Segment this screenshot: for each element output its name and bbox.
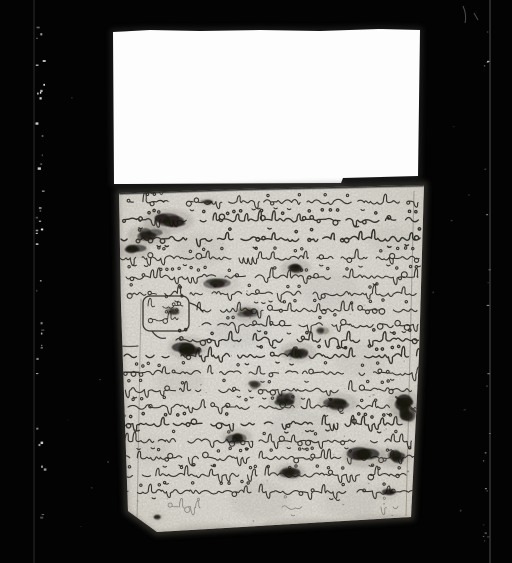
paper-fleck bbox=[261, 489, 263, 490]
film-speck bbox=[36, 373, 38, 374]
film-speck bbox=[487, 373, 489, 374]
paper-fleck bbox=[368, 483, 370, 484]
ink-blotch-part bbox=[392, 456, 404, 463]
film-speck bbox=[36, 230, 39, 232]
pen-mark bbox=[121, 346, 138, 347]
microfilm-scan-frame bbox=[0, 0, 512, 563]
paper-fleck bbox=[302, 432, 303, 433]
ink-blotch bbox=[166, 307, 179, 315]
ink-blotch-part bbox=[170, 307, 179, 314]
paper-fleck bbox=[381, 310, 382, 311]
paper-fleck bbox=[260, 217, 262, 218]
film-speck bbox=[71, 97, 73, 99]
paper-fleck bbox=[369, 396, 371, 397]
paper-fleck bbox=[162, 233, 163, 234]
film-speck bbox=[41, 322, 43, 324]
paper-fleck bbox=[383, 503, 385, 505]
paper-fleck bbox=[393, 201, 394, 202]
paper-fleck bbox=[373, 394, 375, 396]
paper-fleck bbox=[141, 333, 143, 334]
film-speck bbox=[487, 62, 489, 63]
paper-fleck bbox=[350, 456, 352, 457]
film-speck bbox=[486, 214, 488, 215]
film-speck bbox=[39, 444, 41, 446]
paper-fleck bbox=[131, 317, 133, 318]
film-speck bbox=[91, 487, 93, 488]
film-speck bbox=[460, 510, 462, 512]
film-speck bbox=[484, 540, 485, 541]
film-speck bbox=[487, 490, 488, 491]
paper-fleck bbox=[349, 336, 351, 337]
ink-blotch-part bbox=[352, 450, 366, 460]
paper-fleck bbox=[190, 442, 192, 444]
film-speck bbox=[41, 345, 42, 346]
paper-fleck bbox=[386, 428, 387, 429]
film-speck bbox=[43, 84, 45, 86]
paper-fleck bbox=[265, 235, 266, 237]
film-speck bbox=[99, 379, 101, 380]
film-speck bbox=[41, 330, 44, 331]
ink-blotch-part bbox=[248, 381, 261, 387]
paper-fleck bbox=[384, 430, 385, 431]
paper-fleck bbox=[261, 491, 262, 492]
paper-fleck bbox=[164, 388, 166, 389]
film-speck bbox=[483, 524, 485, 525]
ink-blotch-part bbox=[284, 469, 301, 478]
film-speck bbox=[41, 442, 44, 444]
paper-fleck bbox=[317, 248, 318, 249]
paper-fleck bbox=[378, 224, 379, 226]
paper-fleck bbox=[405, 419, 406, 421]
paper-fleck bbox=[222, 243, 223, 244]
paper-fleck bbox=[261, 219, 263, 220]
paper-fleck bbox=[312, 239, 313, 240]
paper-fleck bbox=[200, 384, 202, 385]
film-speck bbox=[40, 97, 42, 99]
paper-fleck bbox=[342, 504, 344, 505]
ink-blotch-part bbox=[291, 264, 300, 269]
paper-fleck bbox=[364, 305, 366, 306]
film-speck bbox=[44, 468, 47, 470]
ink-blotch-part bbox=[154, 515, 161, 519]
paper-fleck bbox=[391, 515, 393, 516]
film-speck bbox=[41, 347, 43, 348]
film-speck bbox=[483, 460, 484, 461]
ink-blotch-part bbox=[232, 433, 243, 440]
ink-blotch-part bbox=[274, 399, 294, 407]
film-speck bbox=[67, 420, 69, 421]
ink-blotch-part bbox=[178, 343, 194, 357]
paper-fleck bbox=[233, 345, 234, 346]
ink-blotch-part bbox=[206, 278, 227, 284]
film-speck bbox=[487, 536, 489, 537]
film-speck bbox=[485, 488, 487, 489]
paper-fleck bbox=[222, 519, 223, 520]
paper-fleck bbox=[200, 395, 201, 396]
paper-fleck bbox=[167, 497, 168, 499]
film-speck bbox=[40, 210, 42, 212]
film-speck bbox=[107, 461, 108, 463]
film-speck bbox=[39, 207, 42, 208]
film-speck bbox=[36, 122, 39, 124]
film-speck bbox=[433, 292, 434, 294]
film-speck bbox=[40, 92, 41, 94]
ink-blotch-part bbox=[284, 349, 304, 358]
paper-fleck bbox=[240, 442, 242, 444]
paper-fleck bbox=[249, 317, 251, 318]
ink-blotch-part bbox=[334, 399, 347, 405]
film-speck bbox=[464, 409, 466, 411]
paper-fleck bbox=[168, 201, 169, 202]
ink-blotch-part bbox=[125, 246, 140, 252]
paper-fleck bbox=[344, 388, 346, 389]
paper-fleck bbox=[267, 480, 268, 482]
ink-blotch-part bbox=[399, 406, 409, 420]
film-speck bbox=[41, 466, 42, 468]
paper-fleck bbox=[231, 355, 232, 357]
paper-fleck bbox=[199, 326, 201, 327]
paper-fleck bbox=[404, 361, 405, 362]
paper-fleck bbox=[344, 436, 345, 437]
paper-fleck bbox=[254, 366, 255, 367]
film-speck bbox=[36, 38, 38, 39]
paper-fleck bbox=[324, 368, 325, 369]
film-speck bbox=[36, 243, 39, 245]
film-speck bbox=[486, 386, 487, 387]
film-speck bbox=[485, 169, 487, 170]
paper-mottle bbox=[322, 482, 378, 518]
ink-blotch-part bbox=[316, 327, 324, 335]
film-speck bbox=[39, 221, 41, 222]
paper-fleck bbox=[222, 305, 223, 306]
film-speck bbox=[487, 305, 490, 306]
film-speck bbox=[41, 229, 43, 231]
film-speck bbox=[40, 280, 42, 281]
paper-fleck bbox=[258, 355, 259, 356]
paper-fleck bbox=[209, 329, 210, 331]
film-speck bbox=[42, 135, 44, 136]
paper-fleck bbox=[350, 314, 352, 315]
ink-blotch-part bbox=[382, 489, 394, 495]
manuscript-page-content bbox=[99, 180, 430, 540]
film-speck bbox=[488, 269, 491, 270]
paper-fleck bbox=[407, 471, 409, 473]
film-speck bbox=[42, 154, 43, 156]
paper-fleck bbox=[199, 391, 201, 392]
film-speck bbox=[40, 163, 42, 164]
paper-fleck bbox=[246, 290, 247, 292]
paper-fleck bbox=[137, 500, 139, 501]
pen-mark bbox=[123, 372, 139, 373]
paper-fleck bbox=[290, 359, 292, 360]
film-speck bbox=[37, 93, 39, 95]
film-speck bbox=[36, 65, 39, 66]
paper-fleck bbox=[342, 384, 344, 385]
film-speck bbox=[451, 220, 453, 221]
film-speck bbox=[36, 290, 37, 292]
film-speck bbox=[40, 517, 43, 519]
ink-blotch-part bbox=[243, 309, 259, 317]
paper-fleck bbox=[141, 285, 142, 286]
film-speck bbox=[453, 126, 455, 127]
paper-fleck bbox=[292, 217, 293, 218]
paper-fleck bbox=[235, 502, 236, 503]
film-speck bbox=[38, 167, 41, 169]
film-speck bbox=[41, 333, 43, 335]
film-speck bbox=[487, 32, 488, 33]
film-speck bbox=[37, 27, 40, 29]
paper-fleck bbox=[333, 454, 334, 455]
film-speck bbox=[483, 536, 484, 537]
film-speck bbox=[36, 358, 38, 360]
paper-fleck bbox=[253, 520, 255, 522]
paper-fleck bbox=[139, 516, 141, 517]
film-speck bbox=[485, 533, 487, 534]
film-speck bbox=[488, 282, 489, 283]
paper-fleck bbox=[205, 392, 207, 393]
film-speck bbox=[36, 428, 38, 430]
paper-fleck bbox=[227, 489, 228, 490]
paper-fleck bbox=[397, 202, 399, 203]
blank-card bbox=[113, 29, 420, 184]
film-speck bbox=[43, 60, 46, 62]
ink-blotch-part bbox=[155, 214, 170, 224]
scan-scene bbox=[0, 0, 512, 563]
paper-fleck bbox=[205, 243, 206, 244]
paper-fleck bbox=[327, 408, 329, 409]
film-speck bbox=[36, 217, 38, 219]
film-speck bbox=[489, 433, 491, 434]
ink-blotch-part bbox=[137, 231, 155, 241]
film-speck bbox=[484, 65, 485, 66]
film-speck bbox=[487, 61, 489, 62]
film-speck bbox=[36, 233, 38, 234]
film-speck bbox=[80, 526, 82, 527]
film-speck bbox=[468, 194, 470, 195]
film-speck bbox=[40, 90, 42, 92]
paper-fleck bbox=[336, 431, 338, 432]
film-speck bbox=[42, 191, 45, 192]
paper-fleck bbox=[177, 347, 179, 349]
ink-blotch-part bbox=[200, 200, 212, 203]
film-speck bbox=[485, 452, 487, 453]
film-speck bbox=[40, 33, 42, 35]
film-speck bbox=[42, 514, 44, 515]
paper-fleck bbox=[228, 450, 230, 451]
paper-fleck bbox=[354, 315, 356, 316]
